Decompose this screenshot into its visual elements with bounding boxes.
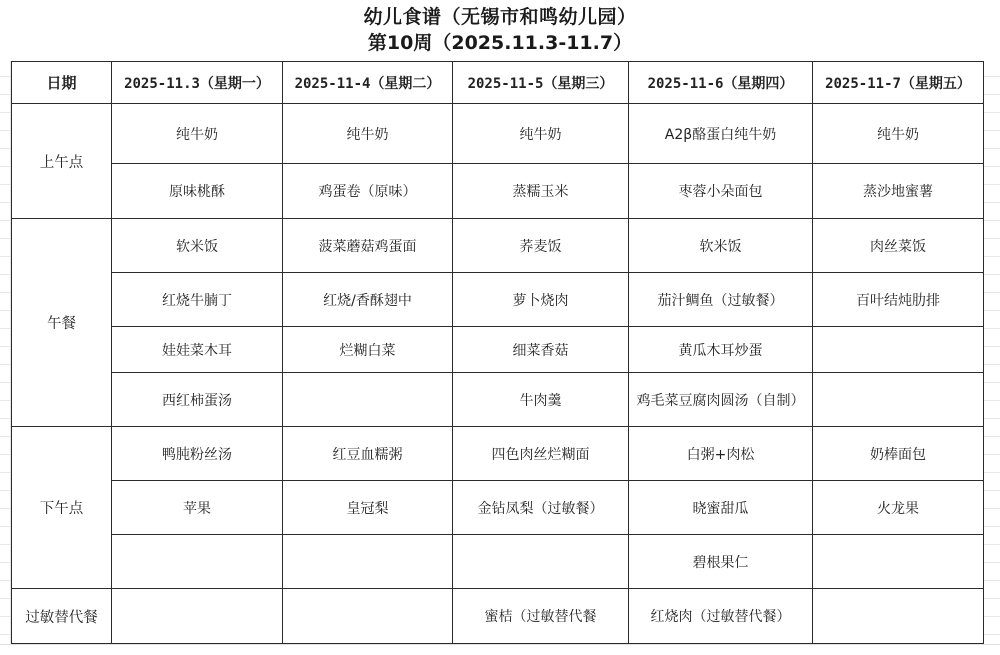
menu-cell[interactable]: 金钻凤梨（过敏餐） <box>453 481 629 535</box>
menu-cell[interactable]: 黄瓜木耳炒蛋 <box>629 327 813 373</box>
table-row: 碧根果仁 <box>12 535 984 589</box>
menu-cell[interactable] <box>813 327 984 373</box>
menu-cell[interactable] <box>813 373 984 427</box>
section-label-morning-snack[interactable]: 上午点 <box>12 104 112 219</box>
menu-cell[interactable]: 茄汁鲷鱼（过敏餐） <box>629 273 813 327</box>
menu-cell[interactable]: 鸡毛菜豆腐肉圆汤（自制） <box>629 373 813 427</box>
menu-cell[interactable]: 枣蓉小朵面包 <box>629 164 813 219</box>
title-block: 幼儿食谱（无锡市和鸣幼儿园） 第10周（2025.11.3-11.7） <box>0 0 1000 61</box>
menu-cell[interactable]: 纯牛奶 <box>283 104 453 164</box>
day-header-fri[interactable]: 2025-11-7（星期五） <box>813 62 984 104</box>
menu-cell[interactable] <box>283 535 453 589</box>
menu-cell[interactable]: 苹果 <box>112 481 283 535</box>
table-row: 过敏替代餐 蜜桔（过敏替代餐 红烧肉（过敏替代餐） <box>12 589 984 644</box>
table-row: 西红柿蛋汤 牛肉羹 鸡毛菜豆腐肉圆汤（自制） <box>12 373 984 427</box>
section-label-allergy-substitute[interactable]: 过敏替代餐 <box>12 589 112 644</box>
menu-cell[interactable] <box>813 589 984 644</box>
menu-cell[interactable]: 红烧/香酥翅中 <box>283 273 453 327</box>
table-row: 午餐 软米饭 菠菜蘑菇鸡蛋面 荞麦饭 软米饭 肉丝菜饭 <box>12 219 984 273</box>
table-row: 原味桃酥 鸡蛋卷（原味） 蒸糯玉米 枣蓉小朵面包 蒸沙地蜜薯 <box>12 164 984 219</box>
menu-cell[interactable]: A2β酪蛋白纯牛奶 <box>629 104 813 164</box>
week-subtitle: 第10周（2025.11.3-11.7） <box>0 30 1000 56</box>
weekly-menu-table: 日期 2025-11.3（星期一） 2025-11-4（星期二） 2025-11… <box>11 61 984 644</box>
table-row: 下午点 鸭肫粉丝汤 红豆血糯粥 四色肉丝烂糊面 白粥+肉松 奶棒面包 <box>12 427 984 481</box>
menu-cell[interactable]: 红豆血糯粥 <box>283 427 453 481</box>
table-row: 上午点 纯牛奶 纯牛奶 纯牛奶 A2β酪蛋白纯牛奶 纯牛奶 <box>12 104 984 164</box>
menu-cell[interactable] <box>112 535 283 589</box>
menu-cell[interactable]: 牛肉羹 <box>453 373 629 427</box>
menu-cell[interactable]: 晓蜜甜瓜 <box>629 481 813 535</box>
menu-cell[interactable] <box>112 589 283 644</box>
table-row: 红烧牛腩丁 红烧/香酥翅中 萝卜烧肉 茄汁鲷鱼（过敏餐） 百叶结炖肋排 <box>12 273 984 327</box>
day-header-wed[interactable]: 2025-11-5（星期三） <box>453 62 629 104</box>
menu-cell[interactable]: 碧根果仁 <box>629 535 813 589</box>
menu-cell[interactable]: 娃娃菜木耳 <box>112 327 283 373</box>
menu-cell[interactable]: 软米饭 <box>112 219 283 273</box>
day-header-tue[interactable]: 2025-11-4（星期二） <box>283 62 453 104</box>
menu-cell[interactable]: 肉丝菜饭 <box>813 219 984 273</box>
menu-cell[interactable]: 萝卜烧肉 <box>453 273 629 327</box>
menu-cell[interactable]: 蒸糯玉米 <box>453 164 629 219</box>
header-row: 日期 2025-11.3（星期一） 2025-11-4（星期二） 2025-11… <box>12 62 984 104</box>
section-label-lunch[interactable]: 午餐 <box>12 219 112 427</box>
menu-cell[interactable] <box>813 535 984 589</box>
menu-cell[interactable]: 菠菜蘑菇鸡蛋面 <box>283 219 453 273</box>
day-header-thu[interactable]: 2025-11-6（星期四） <box>629 62 813 104</box>
menu-cell[interactable] <box>283 373 453 427</box>
menu-cell[interactable]: 四色肉丝烂糊面 <box>453 427 629 481</box>
table-row: 娃娃菜木耳 烂糊白菜 细菜香菇 黄瓜木耳炒蛋 <box>12 327 984 373</box>
sheet-bottom-area <box>0 644 1000 655</box>
menu-cell[interactable]: 原味桃酥 <box>112 164 283 219</box>
menu-cell[interactable]: 白粥+肉松 <box>629 427 813 481</box>
menu-cell[interactable]: 西红柿蛋汤 <box>112 373 283 427</box>
menu-cell[interactable]: 百叶结炖肋排 <box>813 273 984 327</box>
table-row: 苹果 皇冠梨 金钻凤梨（过敏餐） 晓蜜甜瓜 火龙果 <box>12 481 984 535</box>
menu-cell[interactable]: 烂糊白菜 <box>283 327 453 373</box>
menu-cell[interactable] <box>453 535 629 589</box>
menu-title: 幼儿食谱（无锡市和鸣幼儿园） <box>0 0 1000 30</box>
menu-cell[interactable]: 鸡蛋卷（原味） <box>283 164 453 219</box>
menu-cell[interactable]: 纯牛奶 <box>813 104 984 164</box>
menu-cell[interactable]: 蜜桔（过敏替代餐 <box>453 589 629 644</box>
date-column-header[interactable]: 日期 <box>12 62 112 104</box>
menu-cell[interactable]: 荞麦饭 <box>453 219 629 273</box>
day-header-mon[interactable]: 2025-11.3（星期一） <box>112 62 283 104</box>
menu-cell[interactable]: 细菜香菇 <box>453 327 629 373</box>
menu-cell[interactable] <box>283 589 453 644</box>
menu-cell[interactable]: 蒸沙地蜜薯 <box>813 164 984 219</box>
menu-cell[interactable]: 皇冠梨 <box>283 481 453 535</box>
menu-cell[interactable]: 纯牛奶 <box>112 104 283 164</box>
menu-cell[interactable]: 红烧牛腩丁 <box>112 273 283 327</box>
menu-cell[interactable]: 红烧肉（过敏替代餐） <box>629 589 813 644</box>
section-label-afternoon-snack[interactable]: 下午点 <box>12 427 112 589</box>
menu-cell[interactable]: 火龙果 <box>813 481 984 535</box>
menu-cell[interactable]: 鸭肫粉丝汤 <box>112 427 283 481</box>
menu-cell[interactable]: 奶棒面包 <box>813 427 984 481</box>
menu-cell[interactable]: 纯牛奶 <box>453 104 629 164</box>
menu-cell[interactable]: 软米饭 <box>629 219 813 273</box>
